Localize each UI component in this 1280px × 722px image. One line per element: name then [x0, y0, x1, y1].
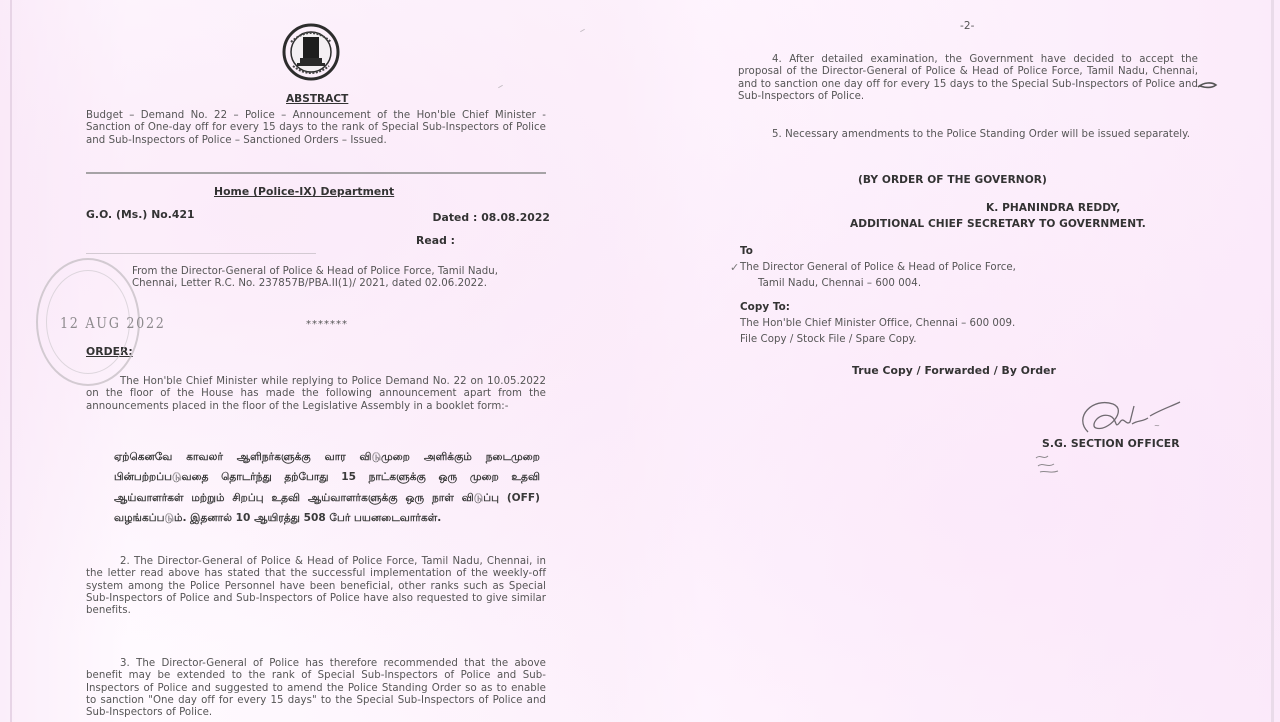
- separator: *******: [306, 319, 348, 331]
- tamil-nadu-emblem-icon: [279, 22, 343, 82]
- copy-to-label: Copy To:: [740, 301, 790, 313]
- paragraph-1: The Hon'ble Chief Minister while replyin…: [86, 376, 546, 413]
- read-label: Read :: [416, 235, 455, 247]
- copy-recipient-1: The Hon'ble Chief Minister Office, Chenn…: [740, 318, 1015, 330]
- copy-recipient-2: File Copy / Stock File / Spare Copy.: [740, 334, 917, 346]
- initials-icon: [1034, 452, 1074, 476]
- ink-mark-icon: [1196, 80, 1218, 90]
- svg-text:~: ~: [1154, 422, 1160, 430]
- paragraph-2: 2. The Director-General of Police & Head…: [86, 556, 546, 617]
- signatory-name: K. PHANINDRA REDDY,: [986, 202, 1120, 214]
- department-heading: Home (Police-IX) Department: [214, 186, 394, 198]
- checkmark-icon: ✓: [730, 261, 739, 274]
- to-label: To: [740, 245, 753, 257]
- page-number: -2-: [960, 20, 974, 32]
- order-date: Dated : 08.08.2022: [433, 212, 551, 224]
- abstract-body: Budget – Demand No. 22 – Police – Announ…: [86, 110, 546, 147]
- stamp-date: 12 AUG 2022: [60, 314, 166, 332]
- signatory-title: ADDITIONAL CHIEF SECRETARY TO GOVERNMENT…: [850, 218, 1146, 230]
- true-copy-line: True Copy / Forwarded / By Order: [852, 365, 1056, 377]
- abstract-title: ABSTRACT: [286, 93, 348, 105]
- section-officer-title: S.G. SECTION OFFICER: [1042, 438, 1180, 450]
- go-number: G.O. (Ms.) No.421: [86, 209, 195, 221]
- reference-letter: From the Director-General of Police & He…: [132, 266, 502, 291]
- divider: [86, 172, 546, 174]
- recipient-line-2: Tamil Nadu, Chennai – 600 004.: [758, 278, 921, 290]
- paragraph-4: 4. After detailed examination, the Gover…: [738, 54, 1198, 103]
- page-edge-left: [10, 0, 12, 722]
- page-2: -2- 4. After detailed examination, the G…: [738, 0, 1198, 722]
- divider: [86, 253, 316, 254]
- page-edge-right: [1271, 0, 1274, 722]
- page-1: ABSTRACT Budget – Demand No. 22 – Police…: [86, 0, 546, 722]
- recipient-line-1: The Director General of Police & Head of…: [740, 262, 1016, 274]
- tamil-announcement: ஏற்கெனவே காவலர் ஆளிநர்களுக்கு வார விடுமு…: [114, 447, 540, 529]
- by-order-of-governor: (BY ORDER OF THE GOVERNOR): [858, 174, 1047, 186]
- paragraph-5: 5. Necessary amendments to the Police St…: [738, 129, 1198, 141]
- paragraph-3: 3. The Director-General of Police has th…: [86, 658, 546, 719]
